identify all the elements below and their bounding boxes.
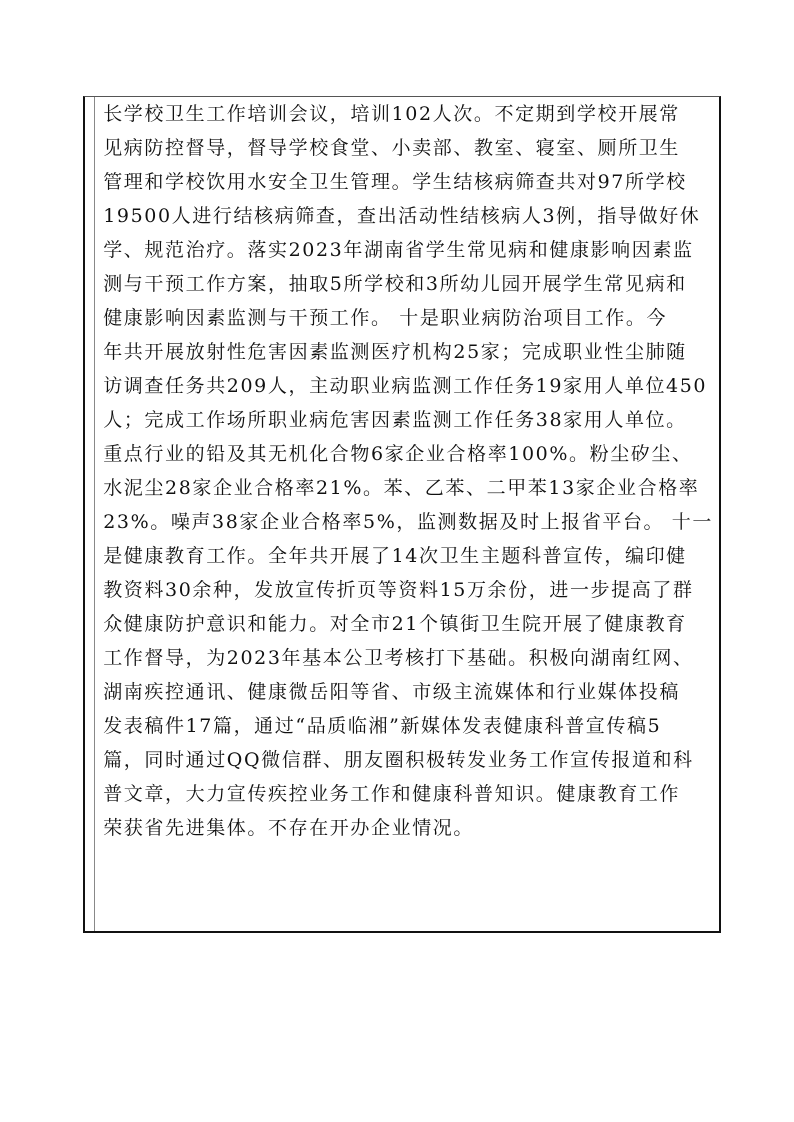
text-line: 学、规范治疗。落实2023年湖南省学生常见病和健康影响因素监 xyxy=(103,233,713,267)
text-line: 年共开展放射性危害因素监测医疗机构25家；完成职业性尘肺随 xyxy=(103,335,713,369)
text-line: 重点行业的铅及其无机化合物6家企业合格率100%。粉尘矽尘、 xyxy=(103,437,713,471)
text-line: 见病防控督导，督导学校食堂、小卖部、教室、寝室、厕所卫生 xyxy=(103,131,713,165)
text-line: 是健康教育工作。全年共开展了14次卫生主题科普宣传，编印健 xyxy=(103,539,713,573)
text-line: 工作督导，为2023年基本公卫考核打下基础。积极向湖南红网、 xyxy=(103,641,713,675)
document-page: 长学校卫生工作培训会议，培训102人次。不定期到学校开展常 见病防控督导，督导学… xyxy=(0,0,794,1122)
report-table: 长学校卫生工作培训会议，培训102人次。不定期到学校开展常 见病防控督导，督导学… xyxy=(83,96,721,933)
table-content-cell: 长学校卫生工作培训会议，培训102人次。不定期到学校开展常 见病防控督导，督导学… xyxy=(95,97,719,931)
text-line: 普文章，大力宣传疾控业务工作和健康科普知识。健康教育工作 xyxy=(103,777,713,811)
text-line: 人；完成工作场所职业病危害因素监测工作任务38家用人单位。 xyxy=(103,403,713,437)
text-line: 长学校卫生工作培训会议，培训102人次。不定期到学校开展常 xyxy=(103,97,713,131)
text-line: 管理和学校饮用水安全卫生管理。学生结核病筛查共对97所学校 xyxy=(103,165,713,199)
table-label-cell xyxy=(85,97,95,931)
text-line: 荣获省先进集体。不存在开办企业情况。 xyxy=(103,811,713,845)
text-line: 湖南疾控通讯、健康微岳阳等省、市级主流媒体和行业媒体投稿 xyxy=(103,675,713,709)
text-line: 水泥尘28家企业合格率21%。苯、乙苯、二甲苯13家企业合格率 xyxy=(103,471,713,505)
content-paragraph: 长学校卫生工作培训会议，培训102人次。不定期到学校开展常 见病防控督导，督导学… xyxy=(103,97,713,845)
text-line: 发表稿件17篇，通过“品质临湘”新媒体发表健康科普宣传稿5 xyxy=(103,709,713,743)
text-line: 23%。噪声38家企业合格率5%，监测数据及时上报省平台。 十一 xyxy=(103,505,713,539)
text-line: 健康影响因素监测与干预工作。 十是职业病防治项目工作。今 xyxy=(103,301,713,335)
text-line: 19500人进行结核病筛查，查出活动性结核病人3例，指导做好休 xyxy=(103,199,713,233)
text-line: 教资料30余种，发放宣传折页等资料15万余份，进一步提高了群 xyxy=(103,573,713,607)
text-line: 访调查任务共209人，主动职业病监测工作任务19家用人单位450 xyxy=(103,369,713,403)
text-line: 测与干预工作方案，抽取5所学校和3所幼儿园开展学生常见病和 xyxy=(103,267,713,301)
text-line: 众健康防护意识和能力。对全市21个镇街卫生院开展了健康教育 xyxy=(103,607,713,641)
text-line: 篇，同时通过QQ微信群、朋友圈积极转发业务工作宣传报道和科 xyxy=(103,743,713,777)
